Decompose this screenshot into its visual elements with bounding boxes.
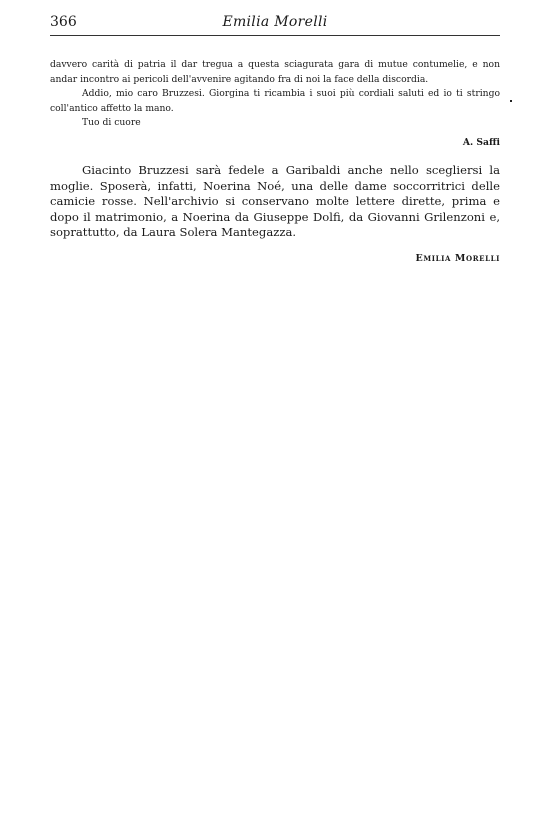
author-signature: Emilia Morelli: [416, 253, 500, 264]
letter-signature: A. Saffi: [463, 137, 500, 148]
letter-paragraph: Addio, mio caro Bruzzesi. Giorgina ti ri…: [50, 87, 500, 116]
running-title: Emilia Morelli: [50, 14, 500, 30]
page-header: 366 Emilia Morelli: [50, 14, 500, 34]
print-speck: [510, 100, 512, 102]
letter-closing: Tuo di cuore: [82, 117, 141, 128]
letter-excerpt: davvero carità di patria il dar tregua a…: [50, 58, 500, 116]
header-rule: [50, 35, 500, 36]
body-paragraph: Giacinto Bruzzesi sarà fedele a Garibald…: [50, 163, 500, 241]
letter-paragraph: davvero carità di patria il dar tregua a…: [50, 58, 500, 87]
body-text: Giacinto Bruzzesi sarà fedele a Garibald…: [50, 163, 500, 241]
